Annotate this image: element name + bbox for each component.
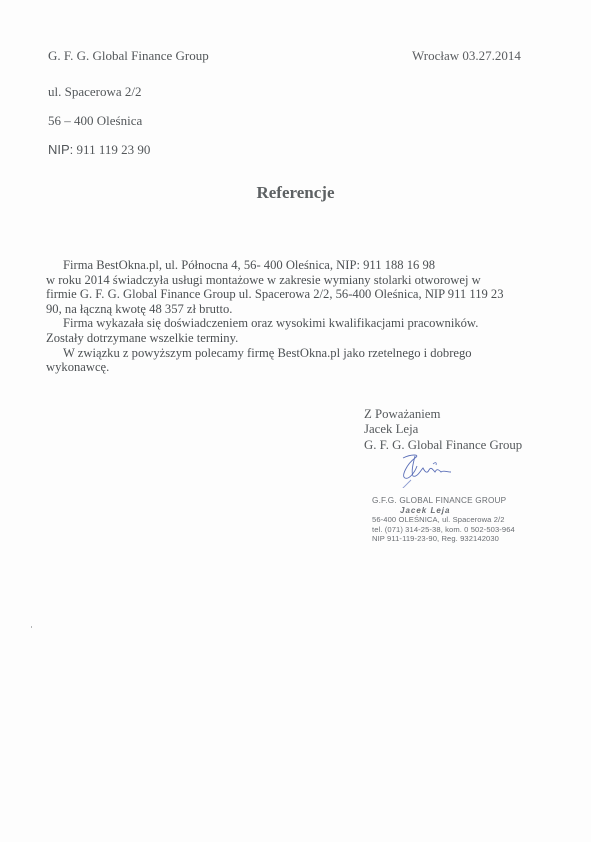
- letter-body: Firma BestOkna.pl, ul. Północna 4, 56- 4…: [46, 258, 546, 375]
- place-and-date: Wrocław 03.27.2014: [412, 48, 521, 64]
- body-line: Firma BestOkna.pl, ul. Północna 4, 56- 4…: [46, 258, 546, 273]
- body-line: w roku 2014 świadczyła usługi montażowe …: [46, 273, 546, 288]
- body-line: wykonawcę.: [46, 360, 546, 375]
- body-line: Zostały dotrzymane wszelkie terminy.: [46, 331, 546, 346]
- sender-nip: NIP: 911 119 23 90: [48, 142, 150, 158]
- scan-speck: [31, 626, 32, 628]
- sender-nip-value: 911 119 23 90: [77, 142, 151, 157]
- closing-block: Z Poważaniem Jacek Leja G. F. G. Global …: [364, 407, 522, 453]
- body-line: Firma wykazała się doświadczeniem oraz w…: [46, 316, 546, 331]
- body-paragraph-3: W związku z powyższym polecamy firmę Bes…: [46, 346, 546, 375]
- sender-street: ul. Spacerowa 2/2: [48, 84, 142, 100]
- sender-nip-label: NIP:: [48, 142, 73, 157]
- stamp-registration: NIP 911-119-23-90, Reg. 932142030: [372, 534, 515, 544]
- document-title: Referencje: [0, 183, 591, 203]
- body-line: firmie G. F. G. Global Finance Group ul.…: [46, 287, 546, 302]
- body-paragraph-1: Firma BestOkna.pl, ul. Północna 4, 56- 4…: [46, 258, 546, 316]
- sender-city: 56 – 400 Oleśnica: [48, 113, 142, 129]
- stamp-address: 56-400 OLEŚNICA, ul. Spacerowa 2/2: [372, 515, 515, 525]
- company-stamp: G.F.G. GLOBAL FINANCE GROUP Jacek Leja 5…: [372, 496, 515, 544]
- body-line: 90, na łączną kwotę 48 357 zł brutto.: [46, 302, 546, 317]
- stamp-name: Jacek Leja: [372, 506, 515, 516]
- letter-page: G. F. G. Global Finance Group ul. Spacer…: [0, 0, 591, 842]
- stamp-company: G.F.G. GLOBAL FINANCE GROUP: [372, 496, 515, 506]
- closing-salutation: Z Poważaniem: [364, 407, 522, 422]
- body-line: W związku z powyższym polecamy firmę Bes…: [46, 346, 546, 361]
- closing-name: Jacek Leja: [364, 422, 522, 437]
- sender-company: G. F. G. Global Finance Group: [48, 48, 209, 64]
- signature-icon: [393, 448, 463, 488]
- body-paragraph-2: Firma wykazała się doświadczeniem oraz w…: [46, 316, 546, 345]
- stamp-phone: tel. (071) 314-25-38, kom. 0 502-503-964: [372, 525, 515, 535]
